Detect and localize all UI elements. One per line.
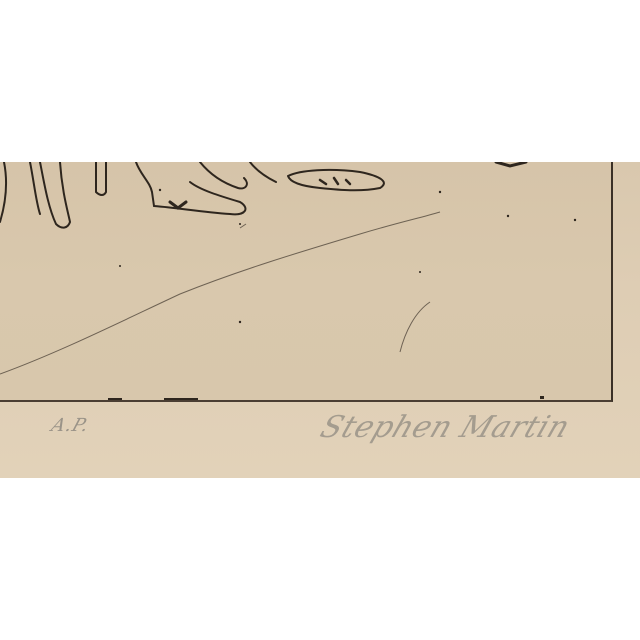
edition-mark: A.P.: [49, 415, 93, 436]
etching-photo: A.P. Stephen Martin: [0, 162, 640, 478]
artist-signature: Stephen Martin: [316, 410, 575, 445]
